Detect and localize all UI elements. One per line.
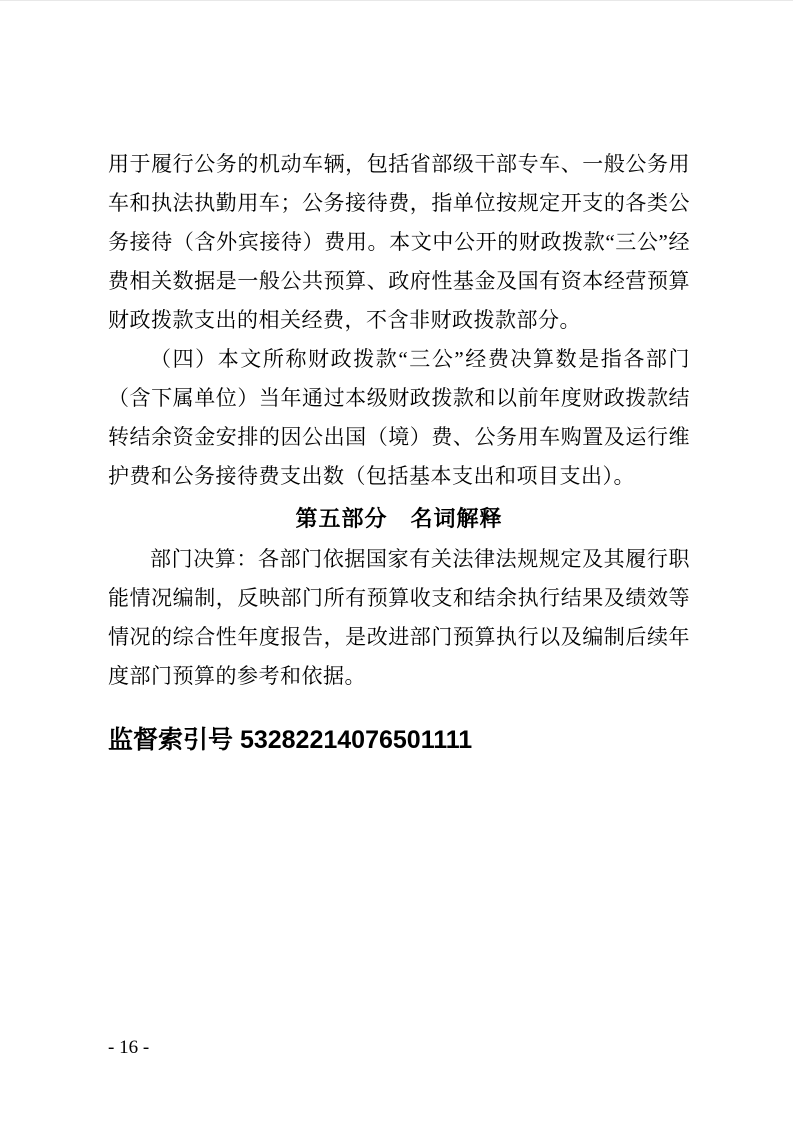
section-heading-part-five: 第五部分 名词解释 bbox=[108, 499, 690, 538]
document-page: 用于履行公务的机动车辆，包括省部级干部专车、一般公务用车和执法执勤用车；公务接待… bbox=[0, 0, 793, 1122]
supervision-index-number: 监督索引号 53282214076501111 bbox=[108, 723, 690, 757]
page-number: - 16 - bbox=[108, 1036, 149, 1060]
document-body: 用于履行公务的机动车辆，包括省部级干部专车、一般公务用车和执法执勤用车；公务接待… bbox=[108, 145, 690, 757]
paragraph-department-final-accounts: 部门决算：各部门依据国家有关法律法规规定及其履行职能情况编制，反映部门所有预算收… bbox=[108, 540, 690, 696]
paragraph-item-four-definition: （四）本文所称财政拨款“三公”经费决算数是指各部门（含下属单位）当年通过本级财政… bbox=[108, 340, 690, 496]
paragraph-vehicle-definition: 用于履行公务的机动车辆，包括省部级干部专车、一般公务用车和执法执勤用车；公务接待… bbox=[108, 145, 690, 340]
